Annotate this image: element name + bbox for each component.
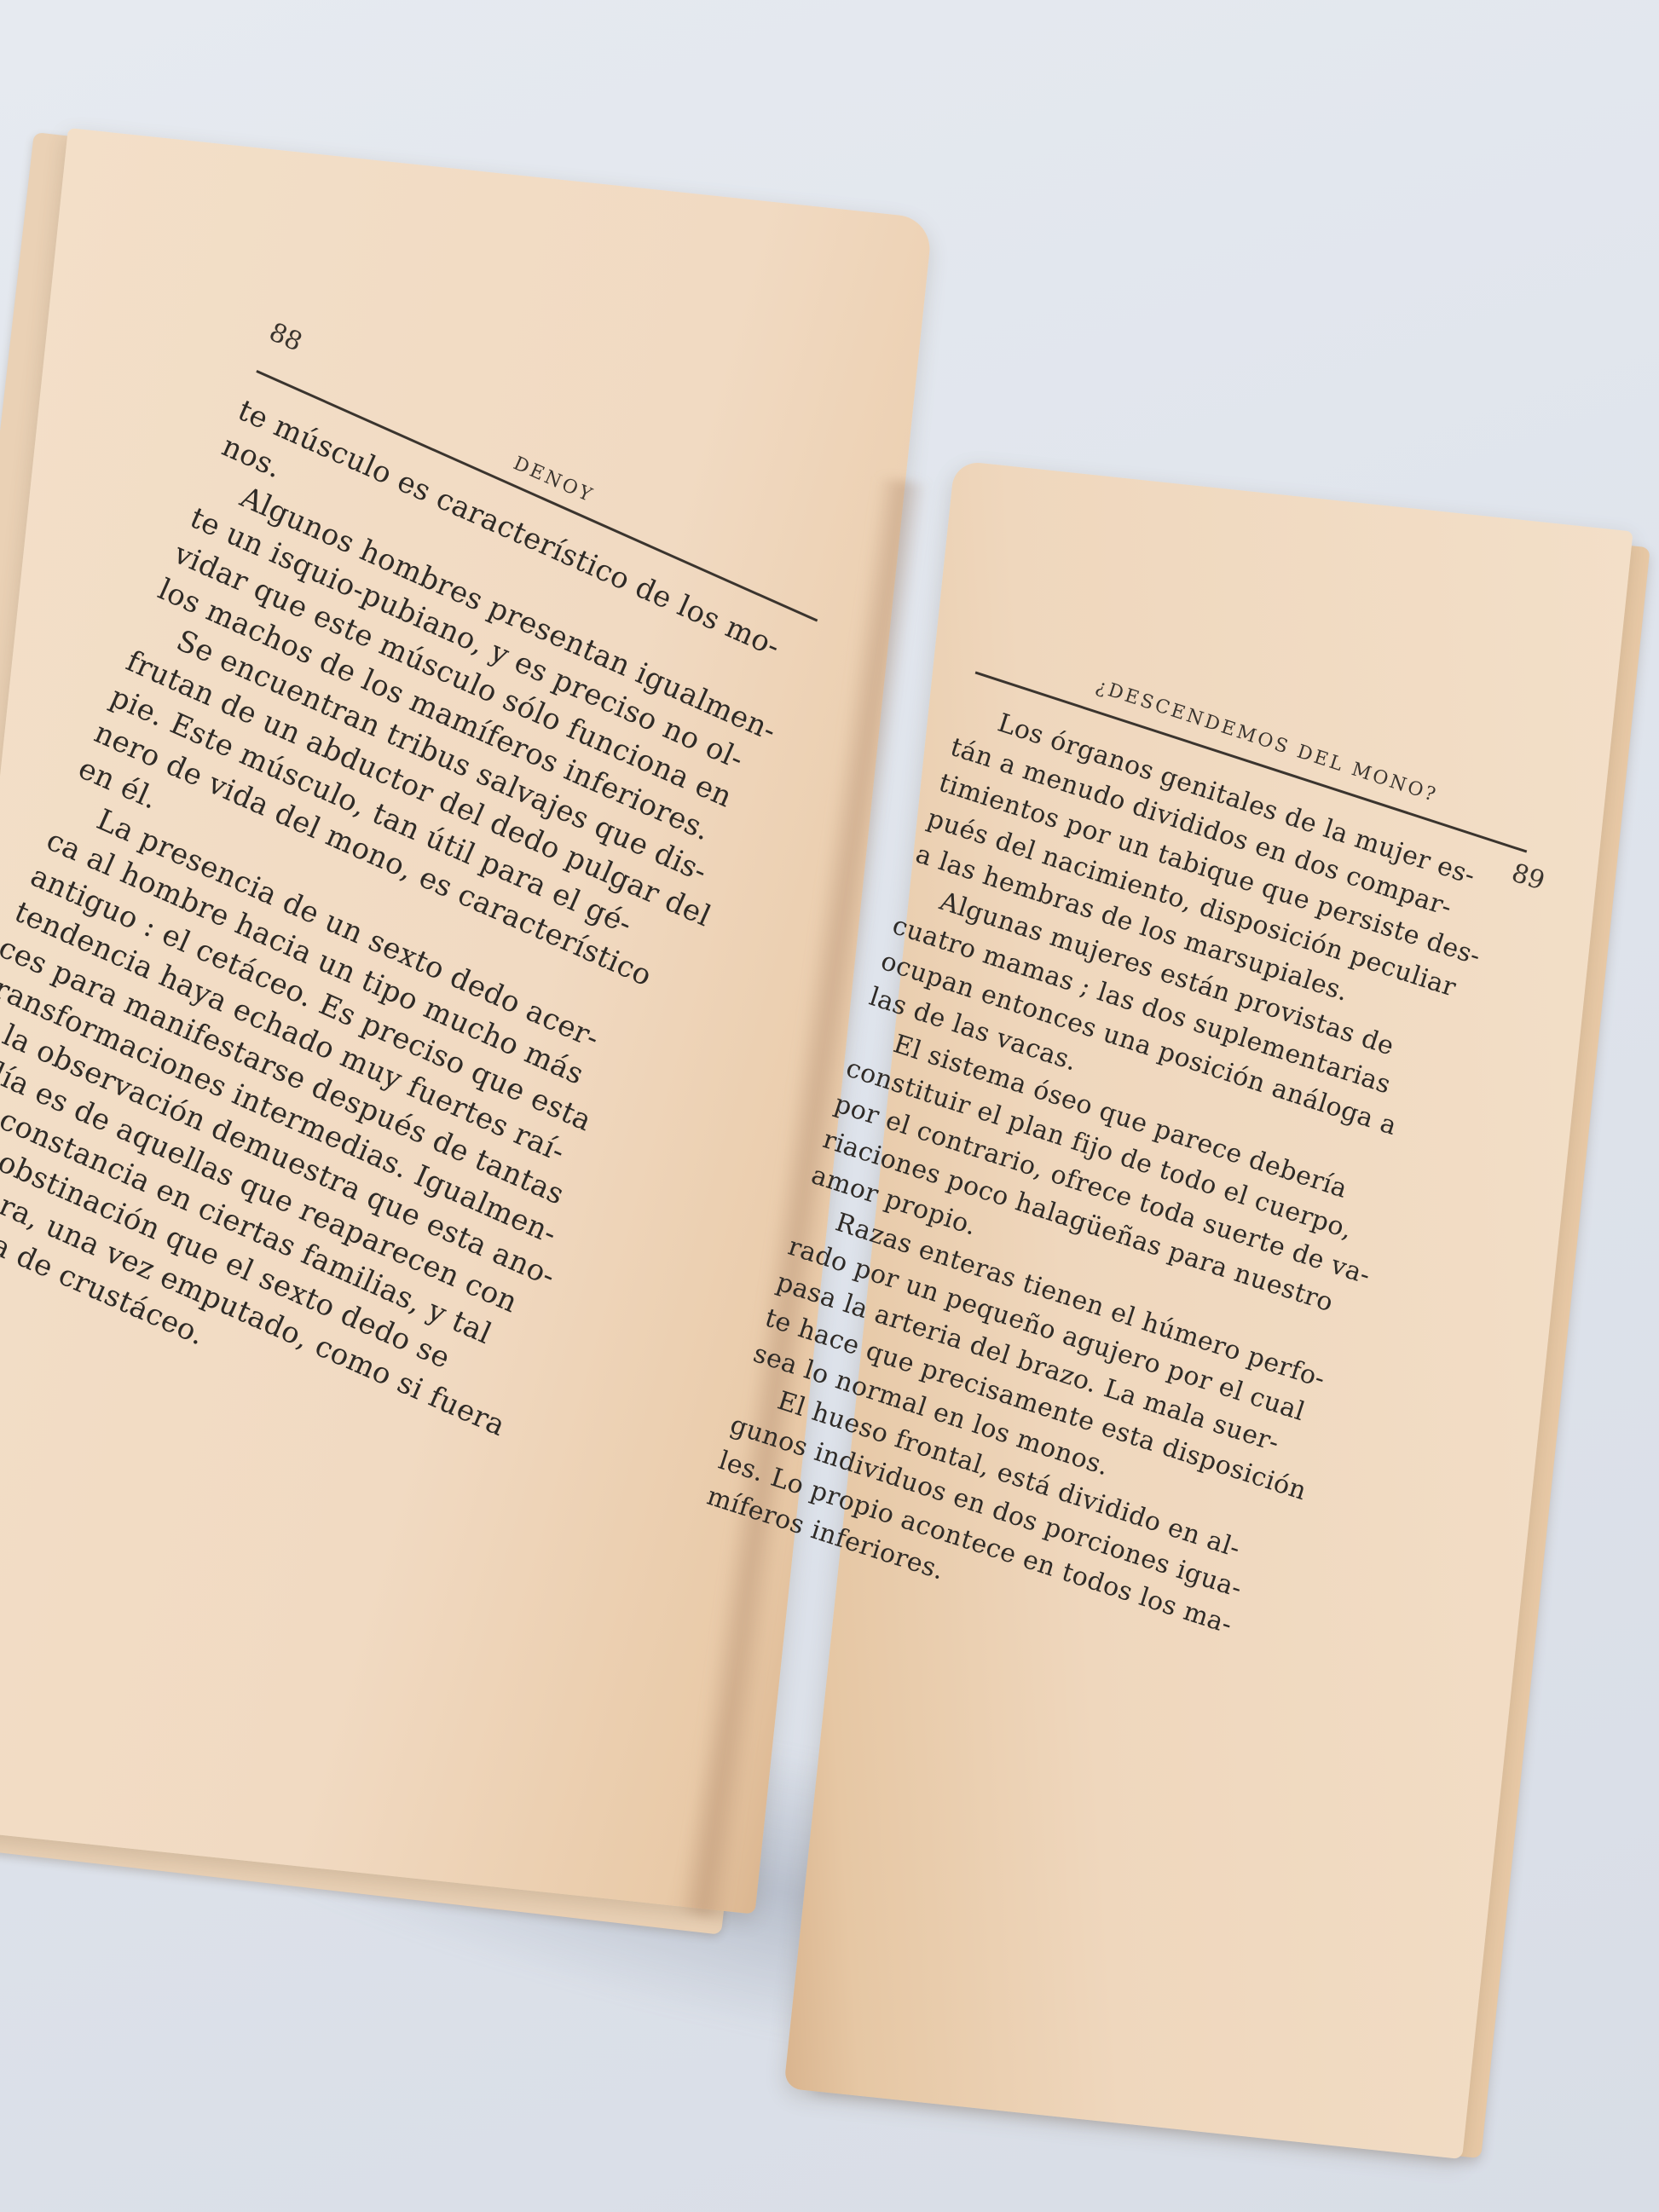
running-head-left: DENOY	[510, 453, 597, 507]
photo-scene: 88 DENOY te músculo es característico de…	[0, 0, 1659, 2212]
